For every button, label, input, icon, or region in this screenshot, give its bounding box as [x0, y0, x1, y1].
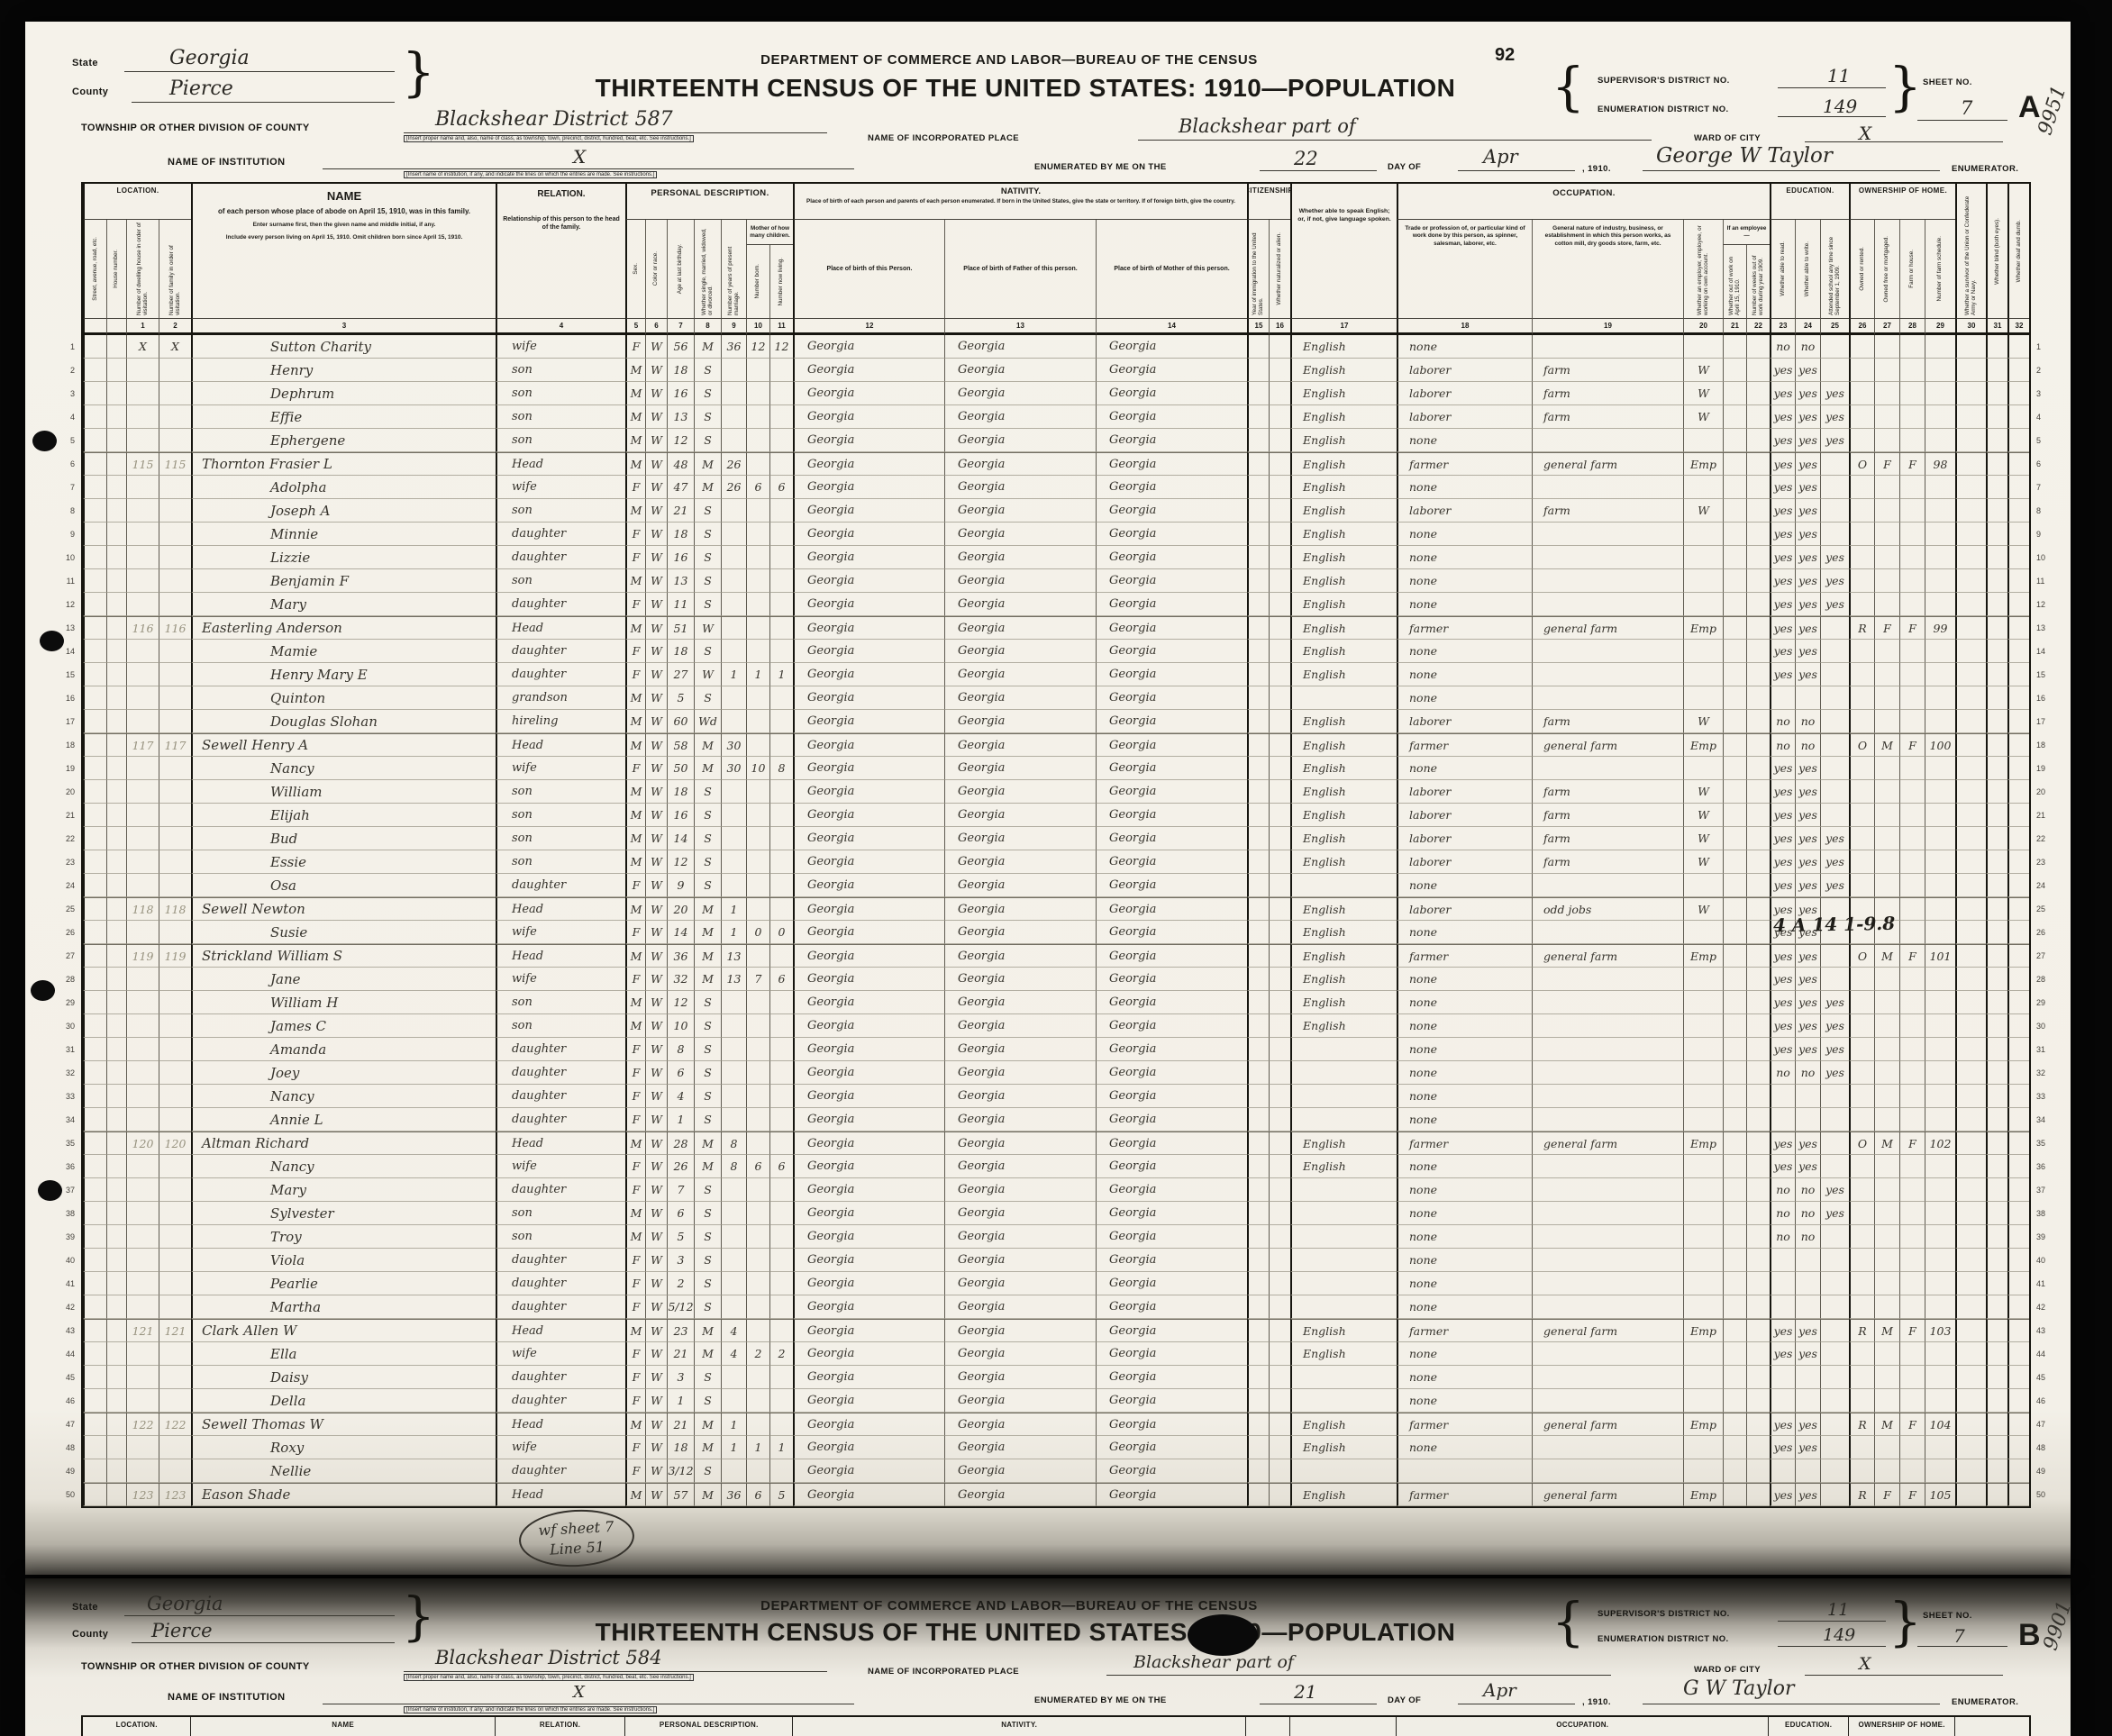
cell-color_race: W [645, 780, 667, 804]
cell-family_number [159, 1389, 191, 1413]
cell-family_number [159, 874, 191, 897]
cell-civil_war_survivor [1955, 804, 1986, 827]
cell-sex: M [625, 780, 645, 804]
cell-farm_schedule [1925, 874, 1955, 897]
cell-weeks_out [1746, 944, 1770, 968]
cell-owned_rented [1849, 1085, 1874, 1108]
col-header-father_birthplace: Place of birth of Father of this person. [944, 220, 1096, 319]
handwritten-margin-number-b: 9901 [2039, 1598, 2076, 1653]
col-number-trade: 18 [1397, 319, 1532, 335]
cell-farm_schedule [1925, 804, 1955, 827]
cell-read: yes [1770, 382, 1795, 405]
cell-name: Joseph A [191, 499, 496, 523]
cell-children_born [746, 1085, 769, 1108]
col-number-house_number [106, 319, 126, 335]
row-number: 29 [2033, 991, 2056, 1014]
cell-mother_birthplace: Georgia [1096, 1132, 1247, 1155]
cell-farm_house [1899, 382, 1925, 405]
cell-free_mortgaged [1874, 1389, 1899, 1413]
row-number: 15 [2033, 663, 2056, 686]
cell-birthplace: Georgia [793, 382, 944, 405]
cell-dwelling_number [126, 1014, 159, 1038]
cell-years_married [721, 1085, 746, 1108]
cell-employer_class [1683, 1178, 1723, 1202]
cell-age: 56 [667, 335, 694, 359]
cell-birthplace: Georgia [793, 640, 944, 663]
cell-years_married: 36 [721, 1483, 746, 1506]
cell-house_number [106, 640, 126, 663]
row-number: 16 [2033, 686, 2056, 710]
row-number: 28 [2033, 968, 2056, 991]
cell-write: yes [1795, 944, 1820, 968]
cell-name: Henry [191, 359, 496, 382]
cell-deaf_dumb [2007, 1389, 2029, 1413]
cell-children_living [769, 546, 793, 569]
col-number-blind: 31 [1986, 319, 2007, 335]
cell-dwelling_number [126, 827, 159, 850]
cell-out_of_work [1723, 780, 1746, 804]
cell-street [83, 569, 106, 593]
cell-deaf_dumb [2007, 1249, 2029, 1272]
cell-sex: M [625, 804, 645, 827]
cell-weeks_out [1746, 1319, 1770, 1342]
cell-family_number [159, 1272, 191, 1295]
cell-free_mortgaged: M [1874, 1132, 1899, 1155]
cell-name: Minnie [191, 523, 496, 546]
open-brace-glyph-b: { [1552, 1591, 1585, 1652]
cell-street [83, 1132, 106, 1155]
cell-children_born [746, 1178, 769, 1202]
cell-farm_house [1899, 850, 1925, 874]
cell-free_mortgaged [1874, 850, 1899, 874]
cell-employer_class [1683, 1225, 1723, 1249]
cell-read: yes [1770, 1155, 1795, 1178]
cell-street [83, 1413, 106, 1436]
col-header-free_mortgaged: Owned free or mortgaged. [1874, 220, 1899, 319]
cell-relation: grandson [496, 686, 625, 710]
cell-farm_house: F [1899, 616, 1925, 640]
row-number: 2 [54, 359, 77, 382]
cell-family_number [159, 1249, 191, 1272]
cell-industry [1532, 1225, 1683, 1249]
cell-children_living [769, 1249, 793, 1272]
cell-family_number [159, 1038, 191, 1061]
cell-blind [1986, 991, 2007, 1014]
cell-farm_house [1899, 827, 1925, 850]
cell-age: 18 [667, 640, 694, 663]
cell-school [1820, 1295, 1849, 1319]
cell-farm_house [1899, 359, 1925, 382]
cell-owned_rented [1849, 1366, 1874, 1389]
cell-age: 3 [667, 1366, 694, 1389]
cell-weeks_out [1746, 1272, 1770, 1295]
cell-trade: laborer [1397, 359, 1532, 382]
cell-out_of_work [1723, 569, 1746, 593]
cell-marital_status: S [694, 569, 721, 593]
cell-farm_house [1899, 921, 1925, 944]
cell-age: 21 [667, 499, 694, 523]
cell-age: 18 [667, 523, 694, 546]
cell-age: 48 [667, 452, 694, 476]
cell-weeks_out [1746, 1342, 1770, 1366]
cell-industry: farm [1532, 405, 1683, 429]
cell-blind [1986, 757, 2007, 780]
cell-children_living [769, 874, 793, 897]
row-number: 46 [2033, 1389, 2056, 1413]
county-underline-b [132, 1641, 395, 1643]
incorporated-underline [1138, 139, 1652, 141]
cell-immigration_year [1247, 921, 1269, 944]
cell-trade [1397, 1459, 1532, 1483]
row-number: 37 [2033, 1178, 2056, 1202]
cell-owned_rented [1849, 335, 1874, 359]
cell-name: Strickland William S [191, 944, 496, 968]
cell-write [1795, 1085, 1820, 1108]
incorporated-place-value-b: Blackshear part of [1133, 1652, 1294, 1672]
cell-farm_house: F [1899, 452, 1925, 476]
cell-children_living [769, 1108, 793, 1132]
cell-relation: Head [496, 897, 625, 921]
cell-years_married: 26 [721, 452, 746, 476]
cell-write: yes [1795, 1038, 1820, 1061]
cell-street [83, 1085, 106, 1108]
cell-age: 50 [667, 757, 694, 780]
row-number: 35 [2033, 1132, 2056, 1155]
cell-farm_house: F [1899, 944, 1925, 968]
cell-school: yes [1820, 1178, 1849, 1202]
cell-deaf_dumb [2007, 593, 2029, 616]
cell-years_married: 36 [721, 335, 746, 359]
row-number: 32 [54, 1061, 77, 1085]
cell-school: yes [1820, 1014, 1849, 1038]
row-number: 22 [54, 827, 77, 850]
cell-name: Altman Richard [191, 1132, 496, 1155]
cell-farm_house [1899, 1085, 1925, 1108]
cell-street [83, 359, 106, 382]
cell-marital_status: S [694, 405, 721, 429]
cell-birthplace: Georgia [793, 921, 944, 944]
cell-trade: none [1397, 1061, 1532, 1085]
cell-weeks_out [1746, 382, 1770, 405]
cell-immigration_year [1247, 1483, 1269, 1506]
cell-relation: Head [496, 733, 625, 757]
cell-birthplace: Georgia [793, 476, 944, 499]
cell-children_living [769, 1272, 793, 1295]
cell-school [1820, 1366, 1849, 1389]
cell-father_birthplace: Georgia [944, 1132, 1096, 1155]
cell-industry: farm [1532, 499, 1683, 523]
cell-name: Bud [191, 827, 496, 850]
cell-trade: none [1397, 1014, 1532, 1038]
cell-name: Nancy [191, 1085, 496, 1108]
cell-children_born [746, 546, 769, 569]
cell-naturalized [1269, 780, 1290, 804]
cell-school [1820, 476, 1849, 499]
cell-years_married [721, 640, 746, 663]
cell-age: 12 [667, 850, 694, 874]
cell-out_of_work [1723, 523, 1746, 546]
row-number: 49 [54, 1459, 77, 1483]
cell-house_number [106, 663, 126, 686]
institution-label: NAME OF INSTITUTION [168, 157, 285, 168]
cell-farm_schedule [1925, 382, 1955, 405]
col-header-farm_house: Farm or house. [1899, 220, 1925, 319]
cell-blind [1986, 804, 2007, 827]
cell-farm_schedule [1925, 1202, 1955, 1225]
cell-family_number [159, 1225, 191, 1249]
cell-immigration_year [1247, 1342, 1269, 1366]
row-number: 2 [2033, 359, 2056, 382]
cell-years_married [721, 1202, 746, 1225]
institution-hint-b: [Insert name of institution, if any, and… [404, 1706, 657, 1713]
department-line-b: DEPARTMENT OF COMMERCE AND LABOR—BUREAU … [694, 1598, 1325, 1613]
cell-out_of_work [1723, 968, 1746, 991]
cell-trade: none [1397, 663, 1532, 686]
cell-industry [1532, 569, 1683, 593]
cell-employer_class [1683, 523, 1723, 546]
cell-age: 18 [667, 1436, 694, 1459]
cell-father_birthplace: Georgia [944, 1038, 1096, 1061]
cell-marital_status: M [694, 1483, 721, 1506]
cell-relation: wife [496, 476, 625, 499]
cell-years_married [721, 616, 746, 640]
cell-father_birthplace: Georgia [944, 733, 1096, 757]
state-label: State [72, 58, 98, 68]
cell-house_number [106, 616, 126, 640]
cell-marital_status: S [694, 429, 721, 452]
cell-free_mortgaged [1874, 1178, 1899, 1202]
cell-weeks_out [1746, 1389, 1770, 1413]
cell-naturalized [1269, 1459, 1290, 1483]
cell-mother_birthplace: Georgia [1096, 335, 1247, 359]
group-header-b [1289, 1717, 1396, 1736]
cell-immigration_year [1247, 757, 1269, 780]
cell-birthplace: Georgia [793, 1225, 944, 1249]
cell-marital_status: S [694, 1108, 721, 1132]
cell-relation: son [496, 991, 625, 1014]
cell-relation: daughter [496, 1295, 625, 1319]
cell-trade: none [1397, 1389, 1532, 1413]
cell-father_birthplace: Georgia [944, 850, 1096, 874]
cell-children_born [746, 499, 769, 523]
cell-immigration_year [1247, 335, 1269, 359]
ink-blob [1188, 1614, 1258, 1656]
cell-farm_house [1899, 405, 1925, 429]
cell-deaf_dumb [2007, 1272, 2029, 1295]
row-number: 40 [54, 1249, 77, 1272]
cell-dwelling_number: 116 [126, 616, 159, 640]
cell-sex: F [625, 1061, 645, 1085]
cell-english: English [1290, 405, 1397, 429]
row-number: 24 [54, 874, 77, 897]
cell-mother_birthplace: Georgia [1096, 452, 1247, 476]
row-number: 28 [54, 968, 77, 991]
cell-birthplace: Georgia [793, 359, 944, 382]
cell-civil_war_survivor [1955, 452, 1986, 476]
cell-read: yes [1770, 944, 1795, 968]
cell-write: no [1795, 1178, 1820, 1202]
col-number-school: 25 [1820, 319, 1849, 335]
cell-owned_rented [1849, 429, 1874, 452]
cell-color_race: W [645, 476, 667, 499]
row-number: 8 [2033, 499, 2056, 523]
cell-sex: M [625, 382, 645, 405]
cell-years_married [721, 1014, 746, 1038]
cell-sex: F [625, 335, 645, 359]
sheet-label: SHEET NO. [1923, 77, 1972, 87]
cell-weeks_out [1746, 359, 1770, 382]
cell-father_birthplace: Georgia [944, 1085, 1096, 1108]
cell-farm_schedule [1925, 429, 1955, 452]
cell-father_birthplace: Georgia [944, 757, 1096, 780]
cell-birthplace: Georgia [793, 663, 944, 686]
cell-dwelling_number [126, 968, 159, 991]
cell-civil_war_survivor [1955, 1459, 1986, 1483]
cell-out_of_work [1723, 1178, 1746, 1202]
township-value: Blackshear District 587 [435, 108, 673, 131]
cell-civil_war_survivor [1955, 1295, 1986, 1319]
cell-years_married: 1 [721, 1413, 746, 1436]
enumeration-day-value: 22 [1294, 148, 1318, 169]
cell-trade: farmer [1397, 616, 1532, 640]
cell-birthplace: Georgia [793, 897, 944, 921]
cell-read: yes [1770, 968, 1795, 991]
cell-industry: farm [1532, 710, 1683, 733]
township-hint: [Insert proper name and, also, name of c… [404, 135, 694, 142]
cell-birthplace: Georgia [793, 1249, 944, 1272]
cell-write [1795, 1459, 1820, 1483]
cell-father_birthplace: Georgia [944, 1178, 1096, 1202]
cell-father_birthplace: Georgia [944, 804, 1096, 827]
cell-children_born [746, 1366, 769, 1389]
cell-industry: general farm [1532, 616, 1683, 640]
cell-house_number [106, 710, 126, 733]
cell-farm_house [1899, 1389, 1925, 1413]
header-text: Place of birth of each person and parent… [800, 198, 1242, 205]
cell-children_living [769, 710, 793, 733]
col-number-read: 23 [1770, 319, 1795, 335]
cell-weeks_out [1746, 921, 1770, 944]
cell-street [83, 499, 106, 523]
group-header-b: LOCATION. [83, 1717, 190, 1736]
cell-trade: none [1397, 335, 1532, 359]
cell-immigration_year [1247, 1436, 1269, 1459]
cell-mother_birthplace: Georgia [1096, 944, 1247, 968]
cell-street [83, 1366, 106, 1389]
enumeration-district-value: 149 [1823, 95, 1857, 117]
cell-industry: farm [1532, 850, 1683, 874]
cell-color_race: W [645, 850, 667, 874]
cell-deaf_dumb [2007, 1459, 2029, 1483]
cell-free_mortgaged [1874, 991, 1899, 1014]
cell-industry: farm [1532, 827, 1683, 850]
enumerator-signature-b: G W Taylor [1683, 1677, 1794, 1700]
cell-marital_status: M [694, 1132, 721, 1155]
cell-children_living [769, 616, 793, 640]
cell-immigration_year [1247, 1249, 1269, 1272]
cell-children_born [746, 1459, 769, 1483]
cell-trade: farmer [1397, 944, 1532, 968]
cell-farm_house: F [1899, 1132, 1925, 1155]
cell-industry [1532, 686, 1683, 710]
cell-civil_war_survivor [1955, 640, 1986, 663]
cell-free_mortgaged [1874, 640, 1899, 663]
cell-color_race: W [645, 1108, 667, 1132]
cell-naturalized [1269, 1155, 1290, 1178]
cell-family_number [159, 359, 191, 382]
cell-children_born [746, 1319, 769, 1342]
cell-birthplace: Georgia [793, 827, 944, 850]
institution-underline-b [323, 1703, 854, 1704]
cell-owned_rented: R [1849, 616, 1874, 640]
day-of-label: DAY OF [1388, 162, 1421, 172]
cell-farm_schedule [1925, 686, 1955, 710]
cell-farm_schedule [1925, 850, 1955, 874]
cell-birthplace: Georgia [793, 757, 944, 780]
cell-dwelling_number [126, 1295, 159, 1319]
row-number: 45 [54, 1366, 77, 1389]
cell-trade: laborer [1397, 405, 1532, 429]
cell-mother_birthplace: Georgia [1096, 874, 1247, 897]
cell-children_living [769, 405, 793, 429]
cell-mother_birthplace: Georgia [1096, 733, 1247, 757]
cell-employer_class [1683, 663, 1723, 686]
cell-free_mortgaged [1874, 382, 1899, 405]
cell-house_number [106, 405, 126, 429]
cell-employer_class: W [1683, 827, 1723, 850]
col-number-farm_schedule: 29 [1925, 319, 1955, 335]
cell-farm_schedule [1925, 1342, 1955, 1366]
cell-relation: Head [496, 616, 625, 640]
cell-family_number [159, 1155, 191, 1178]
cell-sex: F [625, 1178, 645, 1202]
census-sheet-b: State Georgia County Pierce } DEPARTMENT… [25, 1578, 2071, 1736]
cell-read: yes [1770, 546, 1795, 569]
row-number: 9 [2033, 523, 2056, 546]
cell-relation: daughter [496, 546, 625, 569]
cell-read: yes [1770, 1413, 1795, 1436]
cell-school [1820, 523, 1849, 546]
cell-name: Sewell Newton [191, 897, 496, 921]
cell-english [1290, 874, 1397, 897]
cell-read [1770, 1366, 1795, 1389]
cell-civil_war_survivor [1955, 405, 1986, 429]
cell-mother_birthplace: Georgia [1096, 476, 1247, 499]
cell-write [1795, 1249, 1820, 1272]
cell-blind [1986, 1108, 2007, 1132]
cell-english: English [1290, 804, 1397, 827]
cell-father_birthplace: Georgia [944, 1483, 1096, 1506]
cell-sex: F [625, 1459, 645, 1483]
row-number: 8 [54, 499, 77, 523]
header-text: NATIVITY. [800, 186, 1242, 196]
cell-read: yes [1770, 991, 1795, 1014]
cell-employer_class [1683, 1366, 1723, 1389]
row-number: 40 [2033, 1249, 2056, 1272]
cell-immigration_year [1247, 452, 1269, 476]
cell-trade: farmer [1397, 1319, 1532, 1342]
cell-mother_birthplace: Georgia [1096, 1272, 1247, 1295]
cell-trade: laborer [1397, 710, 1532, 733]
cell-read: yes [1770, 780, 1795, 804]
cell-weeks_out [1746, 546, 1770, 569]
supervisor-district-label-b: SUPERVISOR'S DISTRICT NO. [1598, 1609, 1730, 1619]
cell-blind [1986, 640, 2007, 663]
cell-owned_rented [1849, 405, 1874, 429]
cell-immigration_year [1247, 1061, 1269, 1085]
cell-english: English [1290, 663, 1397, 686]
cell-house_number [106, 1202, 126, 1225]
